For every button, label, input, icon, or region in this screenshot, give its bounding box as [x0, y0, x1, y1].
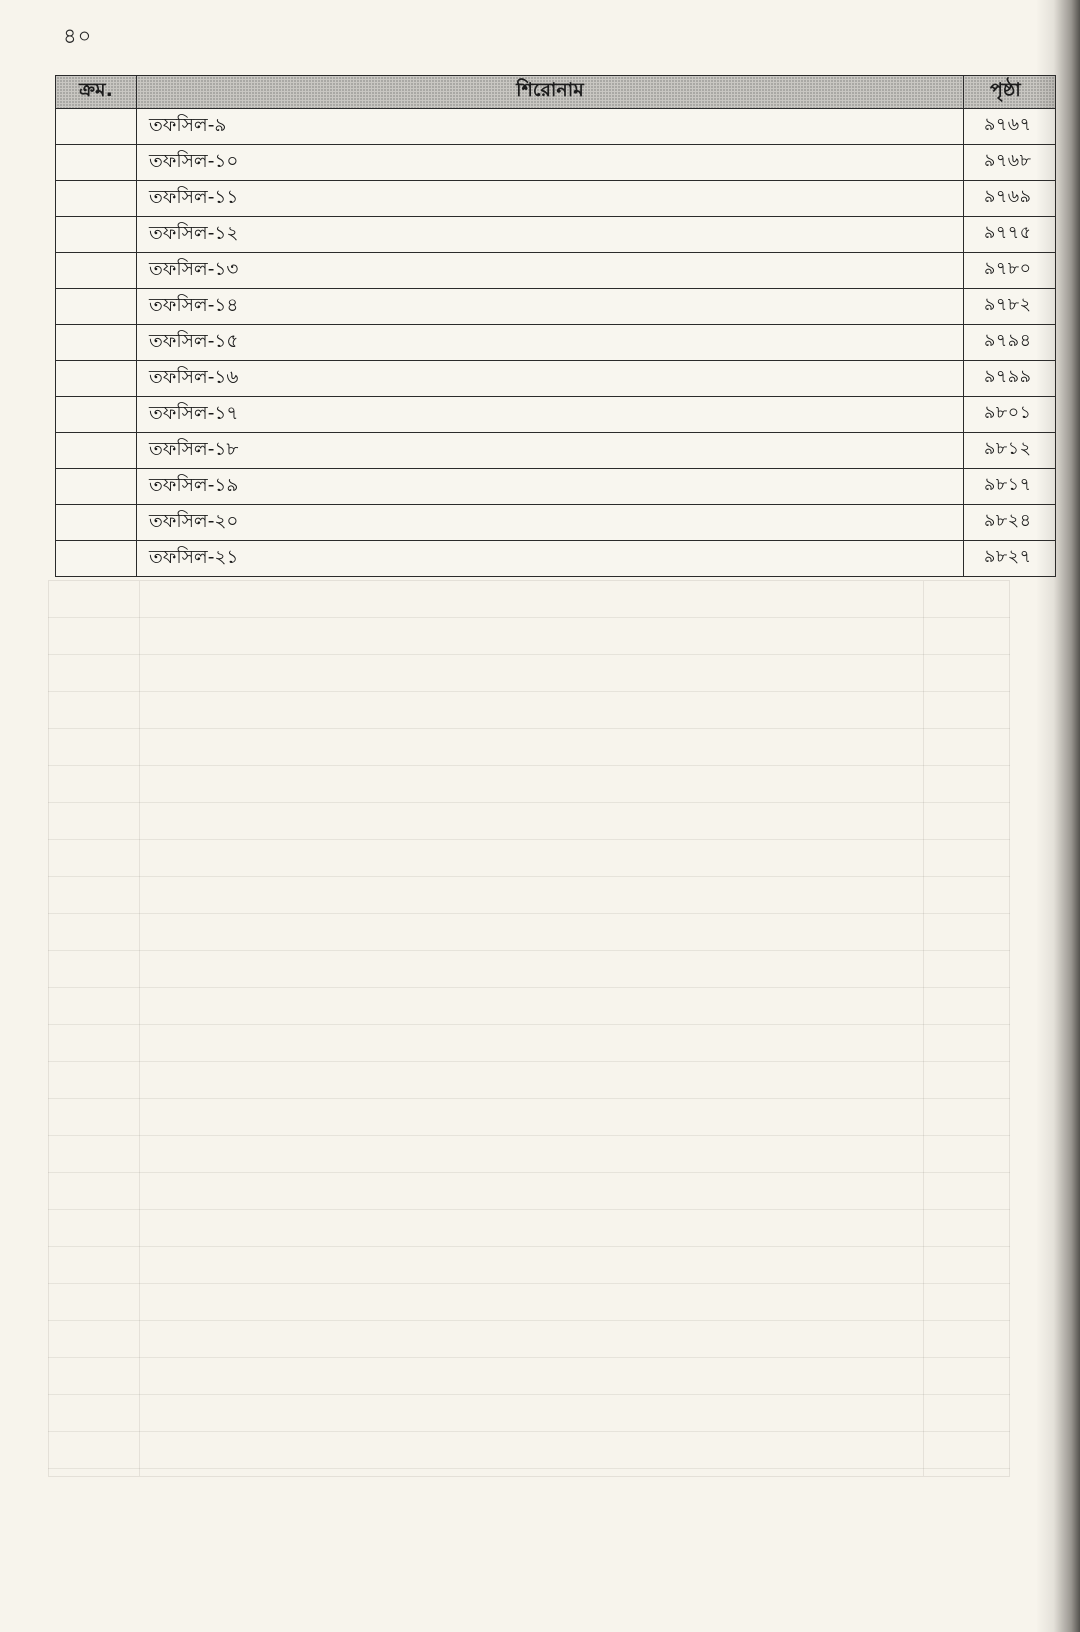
row-title: তফসিল-১৭ — [137, 397, 964, 433]
table-row: তফসিল-২০৯৮২৪ — [56, 505, 1056, 541]
table-row: তফসিল-১০৯৭৬৮ — [56, 145, 1056, 181]
row-title: তফসিল-১৬ — [137, 361, 964, 397]
row-serial — [56, 289, 137, 325]
row-title: তফসিল-১৮ — [137, 433, 964, 469]
page-edge-shadow — [1036, 0, 1080, 1632]
row-serial — [56, 145, 137, 181]
row-serial — [56, 397, 137, 433]
table-row: তফসিল-১৩৯৭৮০ — [56, 253, 1056, 289]
table-body: তফসিল-৯৯৭৬৭তফসিল-১০৯৭৬৮তফসিল-১১৯৭৬৯তফসিল… — [56, 109, 1056, 577]
row-serial — [56, 325, 137, 361]
row-serial — [56, 433, 137, 469]
row-serial — [56, 217, 137, 253]
row-serial — [56, 505, 137, 541]
row-serial — [56, 469, 137, 505]
row-title: তফসিল-২০ — [137, 505, 964, 541]
table-row: তফসিল-২১৯৮২৭ — [56, 541, 1056, 577]
page-number: ৪০ — [63, 20, 92, 55]
row-title: তফসিল-১১ — [137, 181, 964, 217]
row-title: তফসিল-২১ — [137, 541, 964, 577]
table-of-contents: ক্রম. শিরোনাম পৃষ্ঠা তফসিল-৯৯৭৬৭তফসিল-১০… — [55, 75, 1056, 577]
table-row: তফসিল-১৫৯৭৯৪ — [56, 325, 1056, 361]
table-row: তফসিল-১২৯৭৭৫ — [56, 217, 1056, 253]
table-row: তফসিল-১৪৯৭৮২ — [56, 289, 1056, 325]
table-row: তফসিল-৯৯৭৬৭ — [56, 109, 1056, 145]
row-serial — [56, 541, 137, 577]
row-serial — [56, 253, 137, 289]
row-title: তফসিল-১৩ — [137, 253, 964, 289]
table-row: তফসিল-১৭৯৮০১ — [56, 397, 1056, 433]
row-title: তফসিল-১৯ — [137, 469, 964, 505]
row-title: তফসিল-১৪ — [137, 289, 964, 325]
row-title: তফসিল-৯ — [137, 109, 964, 145]
header-serial: ক্রম. — [56, 76, 137, 109]
row-title: তফসিল-১০ — [137, 145, 964, 181]
row-serial — [56, 361, 137, 397]
table-row: তফসিল-১৯৯৮১৭ — [56, 469, 1056, 505]
row-serial — [56, 181, 137, 217]
row-serial — [56, 109, 137, 145]
table-row: তফসিল-১৬৯৭৯৯ — [56, 361, 1056, 397]
table-row: তফসিল-১৮৯৮১২ — [56, 433, 1056, 469]
table-row: তফসিল-১১৯৭৬৯ — [56, 181, 1056, 217]
table-header-row: ক্রম. শিরোনাম পৃষ্ঠা — [56, 76, 1056, 109]
reverse-page-show-through — [48, 580, 1010, 1477]
row-title: তফসিল-১২ — [137, 217, 964, 253]
row-title: তফসিল-১৫ — [137, 325, 964, 361]
header-title: শিরোনাম — [137, 76, 964, 109]
